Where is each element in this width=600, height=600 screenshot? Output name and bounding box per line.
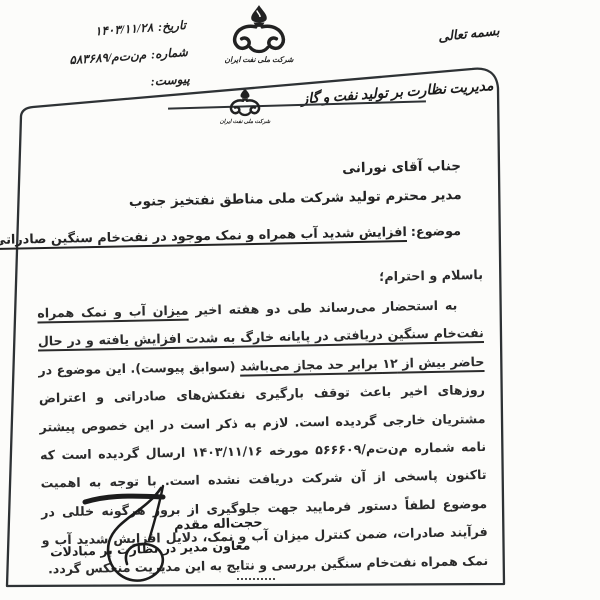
recipient-title: مدیر محترم تولید شرکت ملی مناطق نفتخیز ج… — [129, 181, 462, 217]
subject-text: افزایش شدید آب همراه و نمک موجود در نفت‌… — [0, 225, 407, 248]
dept-stamp-caption: شرکت ملی نفت ایران — [219, 119, 271, 125]
nioc-flame-emblem-icon — [224, 4, 294, 54]
department-title-underline — [168, 100, 426, 110]
recipient-block: جناب آقای نورانی مدیر محترم تولید شرکت م… — [128, 152, 462, 217]
attachment-label: پیوست: — [150, 72, 190, 89]
salutation: باسلام و احترام؛ — [379, 268, 483, 285]
body-text-pre: به استحضار می‌رساند طی دو هفته اخیر — [188, 297, 457, 317]
signature-name: حجت‌اله مقدم — [174, 515, 263, 533]
date-value: ۱۴۰۳/۱۱/۲۸ — [95, 20, 154, 38]
scan-artifact-dotted-line — [237, 578, 275, 580]
scanned-letter-page: تاریخ:۱۴۰۳/۱۱/۲۸ شماره:م‌ن‌ت‌م/۵۸۳۶۸۹ پی… — [0, 0, 600, 600]
bismillah-text: بسمه تعالی — [438, 23, 501, 45]
subject-label: موضوع: — [411, 224, 461, 240]
number-label: شماره: — [151, 45, 189, 62]
dept-stamp-logo: شرکت ملی نفت ایران — [219, 86, 271, 125]
nioc-logo: شرکت ملی نفت ایران — [224, 4, 294, 64]
number-value: م‌ن‌ت‌م/۵۸۳۶۸۹ — [69, 48, 147, 67]
nioc-flame-emblem-small-icon — [225, 86, 265, 118]
nioc-logo-caption: شرکت ملی نفت ایران — [224, 55, 294, 64]
date-label: تاریخ: — [158, 18, 187, 34]
letterhead-meta-block: تاریخ:۱۴۰۳/۱۱/۲۸ شماره:م‌ن‌ت‌م/۵۸۳۶۸۹ پی… — [0, 12, 191, 106]
subject-line: موضوع:افزایش شدید آب همراه و نمک موجود د… — [0, 224, 461, 248]
